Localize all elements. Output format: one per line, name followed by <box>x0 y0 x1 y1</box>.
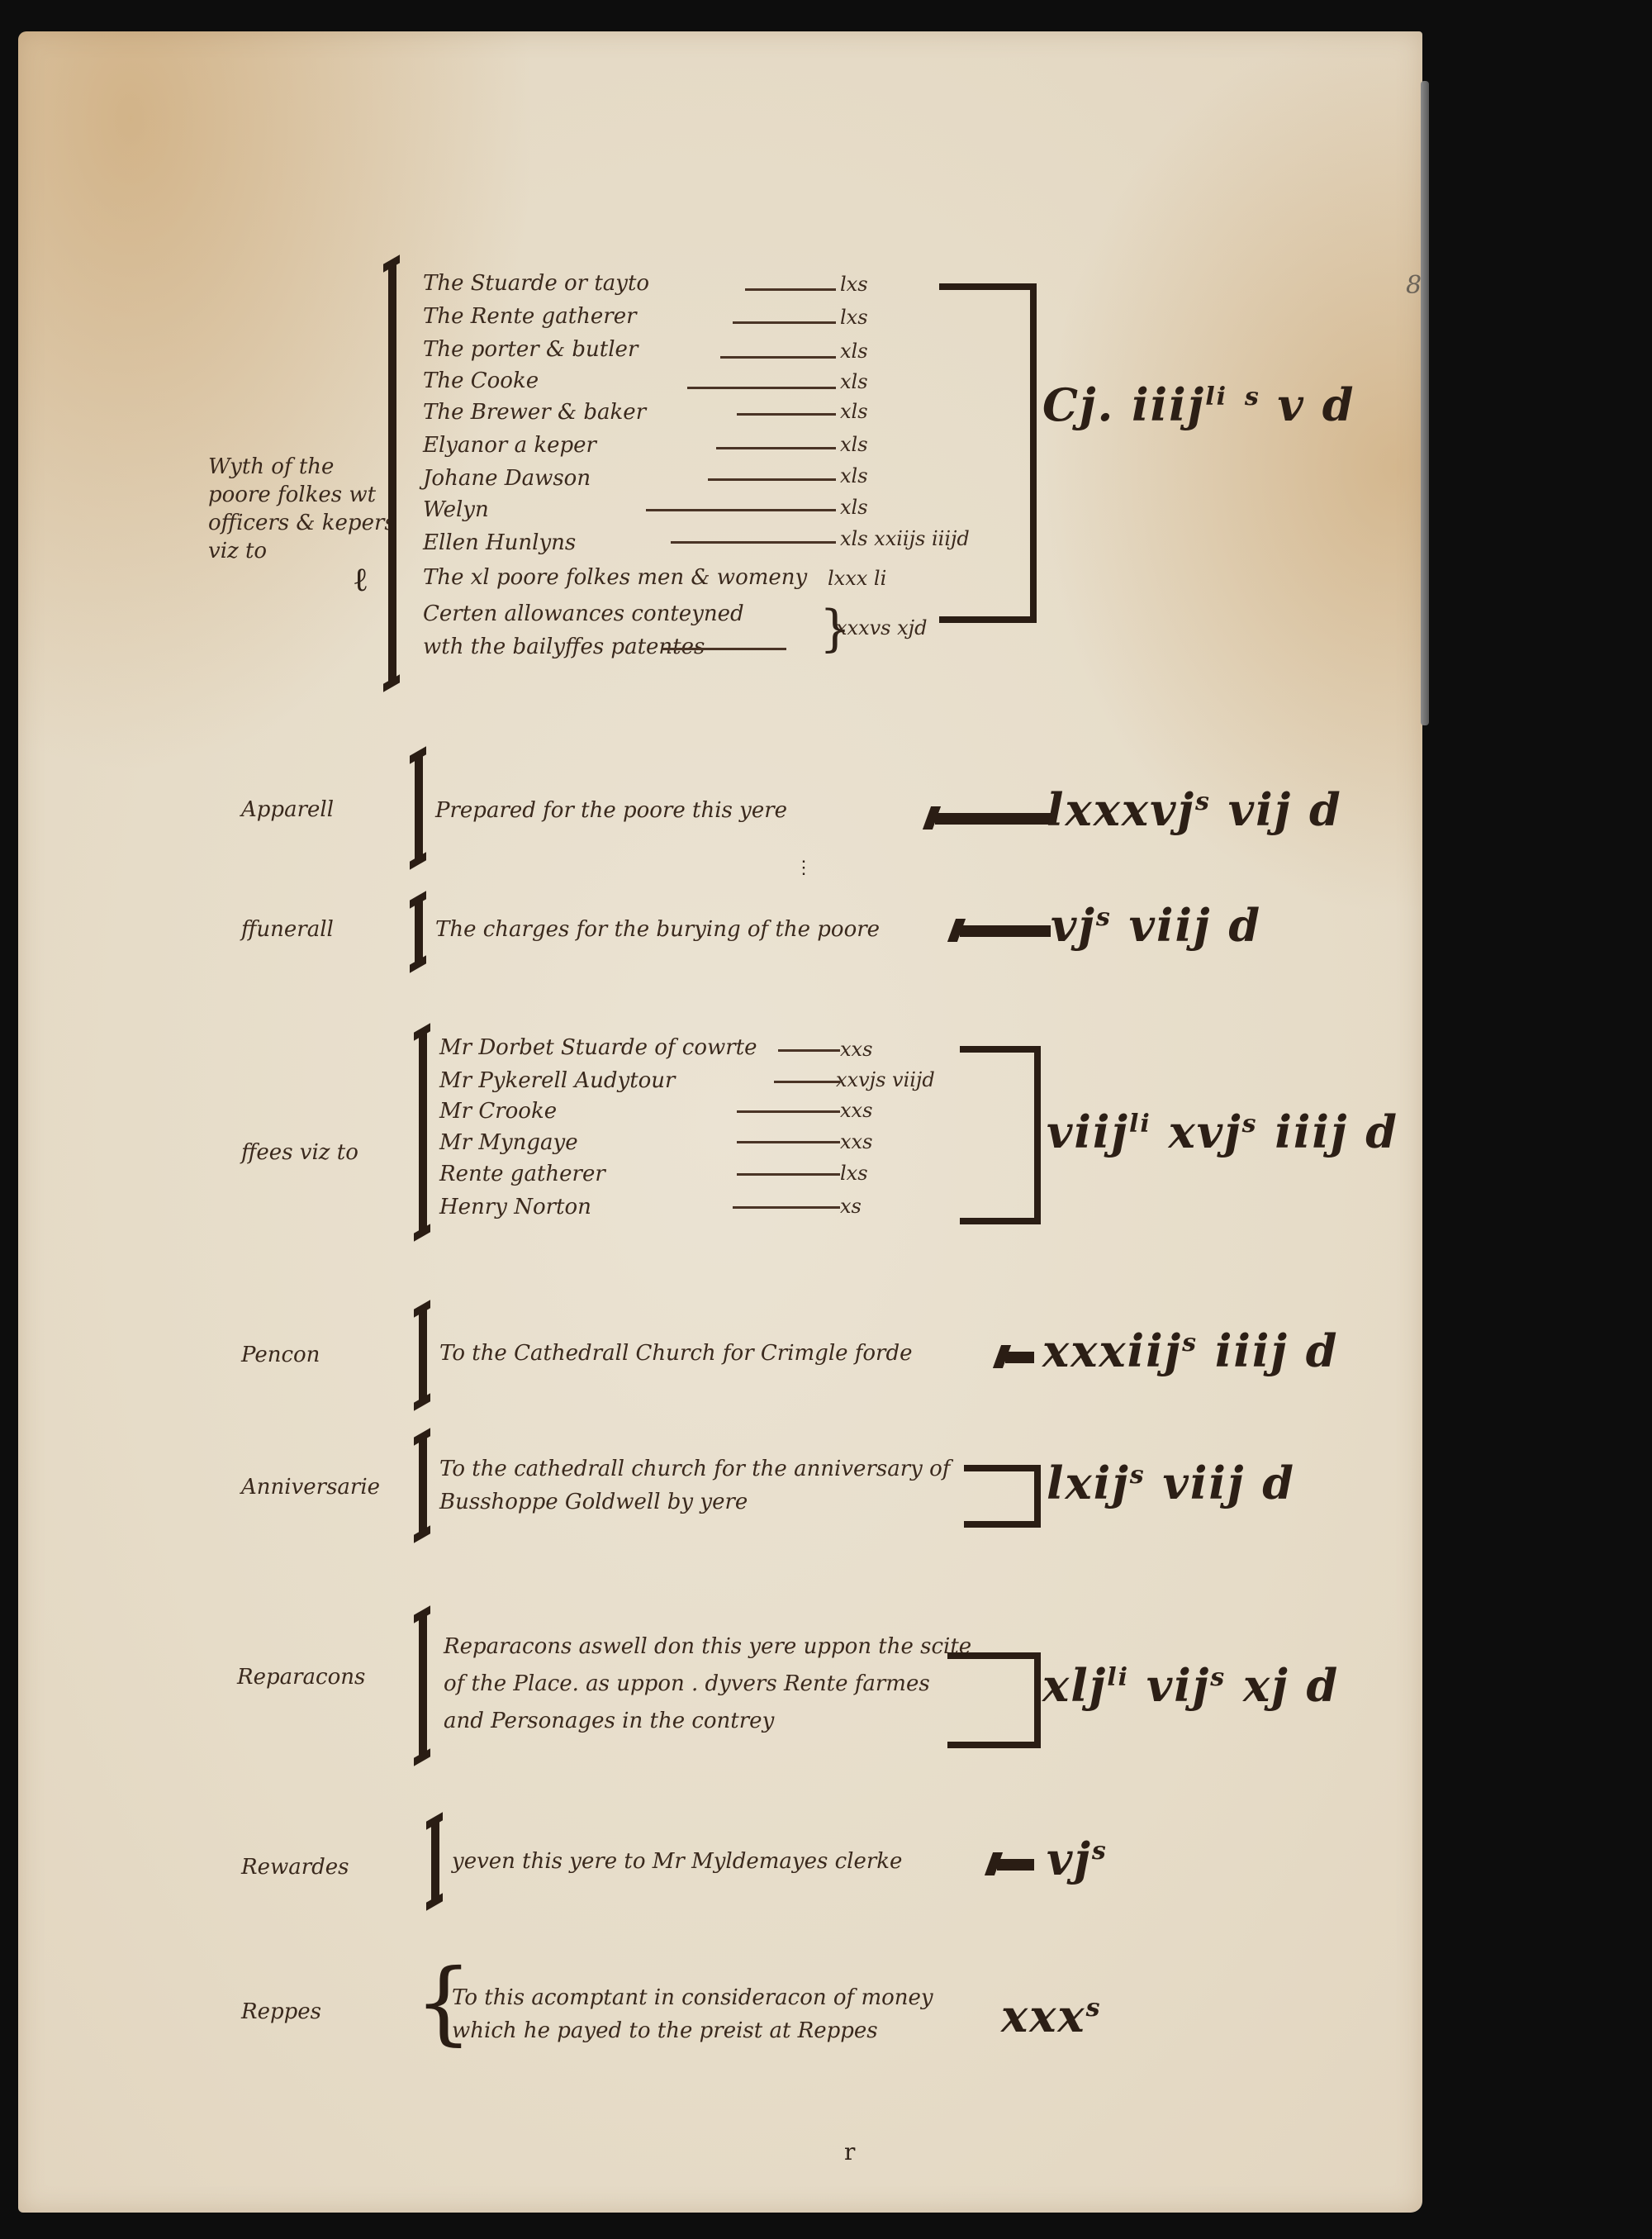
entry-text: The Stuarde or tayto <box>423 271 649 296</box>
right-bracket <box>964 1465 1041 1528</box>
entry-text: Welyn <box>423 497 489 522</box>
entry-amount: xls <box>840 400 868 423</box>
entry-text: Reparacons aswell don this yere uppon th… <box>444 1634 971 1659</box>
entry-amount: xs <box>840 1195 862 1218</box>
leader-line <box>687 387 836 389</box>
entry-text: To the cathedrall church for the anniver… <box>439 1457 950 1481</box>
section-label: ffees viz to <box>241 1139 358 1167</box>
manuscript-page: 8 Wyth of the poore folkes wt officers &… <box>18 31 1422 2213</box>
section-total: lxxxvjs vij d <box>1047 783 1342 836</box>
leader-line <box>774 1081 840 1083</box>
entry-amount: xls <box>840 433 868 456</box>
entry-text: wth the bailyffes patentes <box>423 635 705 659</box>
entry-amount: lxxx li <box>828 567 886 590</box>
entry-text: The porter & butler <box>423 337 638 362</box>
entry-text: Henry Norton <box>439 1195 591 1219</box>
section-label: ffunerall <box>241 915 334 944</box>
section-total: vjs viij d <box>1051 899 1261 952</box>
leader-line <box>737 1173 840 1176</box>
left-bracket <box>419 1436 427 1535</box>
section-total: lxijs viij d <box>1047 1457 1295 1509</box>
section-label: Wyth of the poore folkes wt officers & k… <box>208 453 396 565</box>
entry-amount: xls <box>840 496 868 519</box>
left-bracket <box>415 899 423 965</box>
entry-amount: xls <box>840 370 868 393</box>
entry-amount: xls <box>840 340 868 363</box>
entry-amount: lxs <box>840 306 868 329</box>
leader-line <box>716 447 836 449</box>
entry-amount: xxs <box>840 1099 872 1122</box>
left-bracket <box>388 263 396 684</box>
left-bracket <box>431 1820 439 1903</box>
leader-line <box>778 1049 840 1052</box>
left-bracket <box>419 1614 427 1758</box>
entry-text: Mr Myngaye <box>439 1130 578 1155</box>
left-bracket <box>419 1308 427 1403</box>
entry-text: The xl poore folkes men & womeny <box>423 565 807 590</box>
pointer-bar <box>960 925 1051 937</box>
leader-line <box>662 648 786 650</box>
entry-text: Elyanor a keper <box>423 433 596 458</box>
entry-text: Busshoppe Goldwell by yere <box>439 1490 748 1514</box>
entry-amount: xxs <box>840 1038 872 1061</box>
entry-amount: xls <box>840 464 868 487</box>
entry-text: Mr Dorbet Stuarde of cowrte <box>439 1035 757 1060</box>
section-label: Reparacons <box>237 1663 365 1691</box>
entry-text: Prepared for the poore this yere <box>435 798 787 823</box>
pointer-bar <box>1005 1352 1034 1363</box>
entry-text: of the Place. as uppon . dyvers Rente fa… <box>444 1671 930 1696</box>
leader-line <box>708 478 836 481</box>
entry-amount: xxvjs viijd <box>836 1068 935 1091</box>
entry-amount: xxxvs xjd <box>836 616 927 639</box>
left-bracket <box>415 754 423 862</box>
section-total: xljli vijs xj d <box>1042 1659 1339 1712</box>
entry-amount: lxs <box>840 1162 868 1185</box>
section-total: viijli xvjs iiij d <box>1047 1105 1398 1158</box>
entry-text: To the Cathedrall Church for Crimgle for… <box>439 1341 913 1366</box>
leader-line <box>733 321 836 324</box>
right-bracket <box>947 1652 1041 1748</box>
folio-number: 8 <box>1406 271 1422 300</box>
entry-amount: xxs <box>840 1130 872 1153</box>
entry-text: To this acomptant in consideracon of mon… <box>452 1985 933 2010</box>
section-total: vjs <box>1047 1833 1108 1885</box>
entry-text: Ellen Hunlyns <box>423 530 576 555</box>
leader-line <box>737 413 836 416</box>
entry-text: which he payed to the preist at Reppes <box>452 2018 878 2043</box>
section-label: Pencon <box>241 1341 320 1369</box>
right-bracket <box>939 283 1037 623</box>
section-label: Apparell <box>241 796 334 824</box>
entry-text: Certen allowances conteyned <box>423 601 744 626</box>
entry-amount: lxs <box>840 273 868 296</box>
flourish-mark: ℓ <box>353 560 368 599</box>
right-bracket <box>960 1046 1041 1224</box>
entry-text: The Cooke <box>423 368 539 393</box>
entry-text: and Personages in the contrey <box>444 1709 774 1733</box>
entry-text: Johane Dawson <box>423 466 591 491</box>
entry-text: yeven this yere to Mr Myldemayes clerke <box>452 1849 902 1874</box>
section-label: Reppes <box>241 1998 321 2026</box>
entry-text: Mr Pykerell Audytour <box>439 1068 675 1093</box>
left-bracket <box>419 1031 427 1234</box>
leader-line <box>671 541 836 544</box>
leader-line <box>720 356 836 359</box>
ink-marks: ⋮ <box>795 858 813 878</box>
section-label: Rewardes <box>241 1853 349 1881</box>
section-total: xxxiijs iiij d <box>1042 1324 1339 1377</box>
leader-line <box>646 509 836 511</box>
section-total: Cj. iiijli s v d <box>1042 378 1355 431</box>
entry-text: Rente gatherer <box>439 1162 605 1186</box>
pointer-bar <box>997 1859 1034 1871</box>
leader-line <box>737 1141 840 1143</box>
entry-text: Mr Crooke <box>439 1099 557 1124</box>
leader-line <box>733 1206 840 1209</box>
entry-text: The Rente gatherer <box>423 304 637 329</box>
entry-text: The Brewer & baker <box>423 400 646 425</box>
entry-text: The charges for the burying of the poore <box>435 917 880 942</box>
pointer-bar <box>935 813 1051 825</box>
section-label: Anniversarie <box>241 1473 380 1501</box>
ink-mark: r <box>844 2138 855 2165</box>
section-total: xxxs <box>1001 1989 1101 2042</box>
leader-line <box>737 1110 840 1113</box>
leader-line <box>745 288 836 291</box>
